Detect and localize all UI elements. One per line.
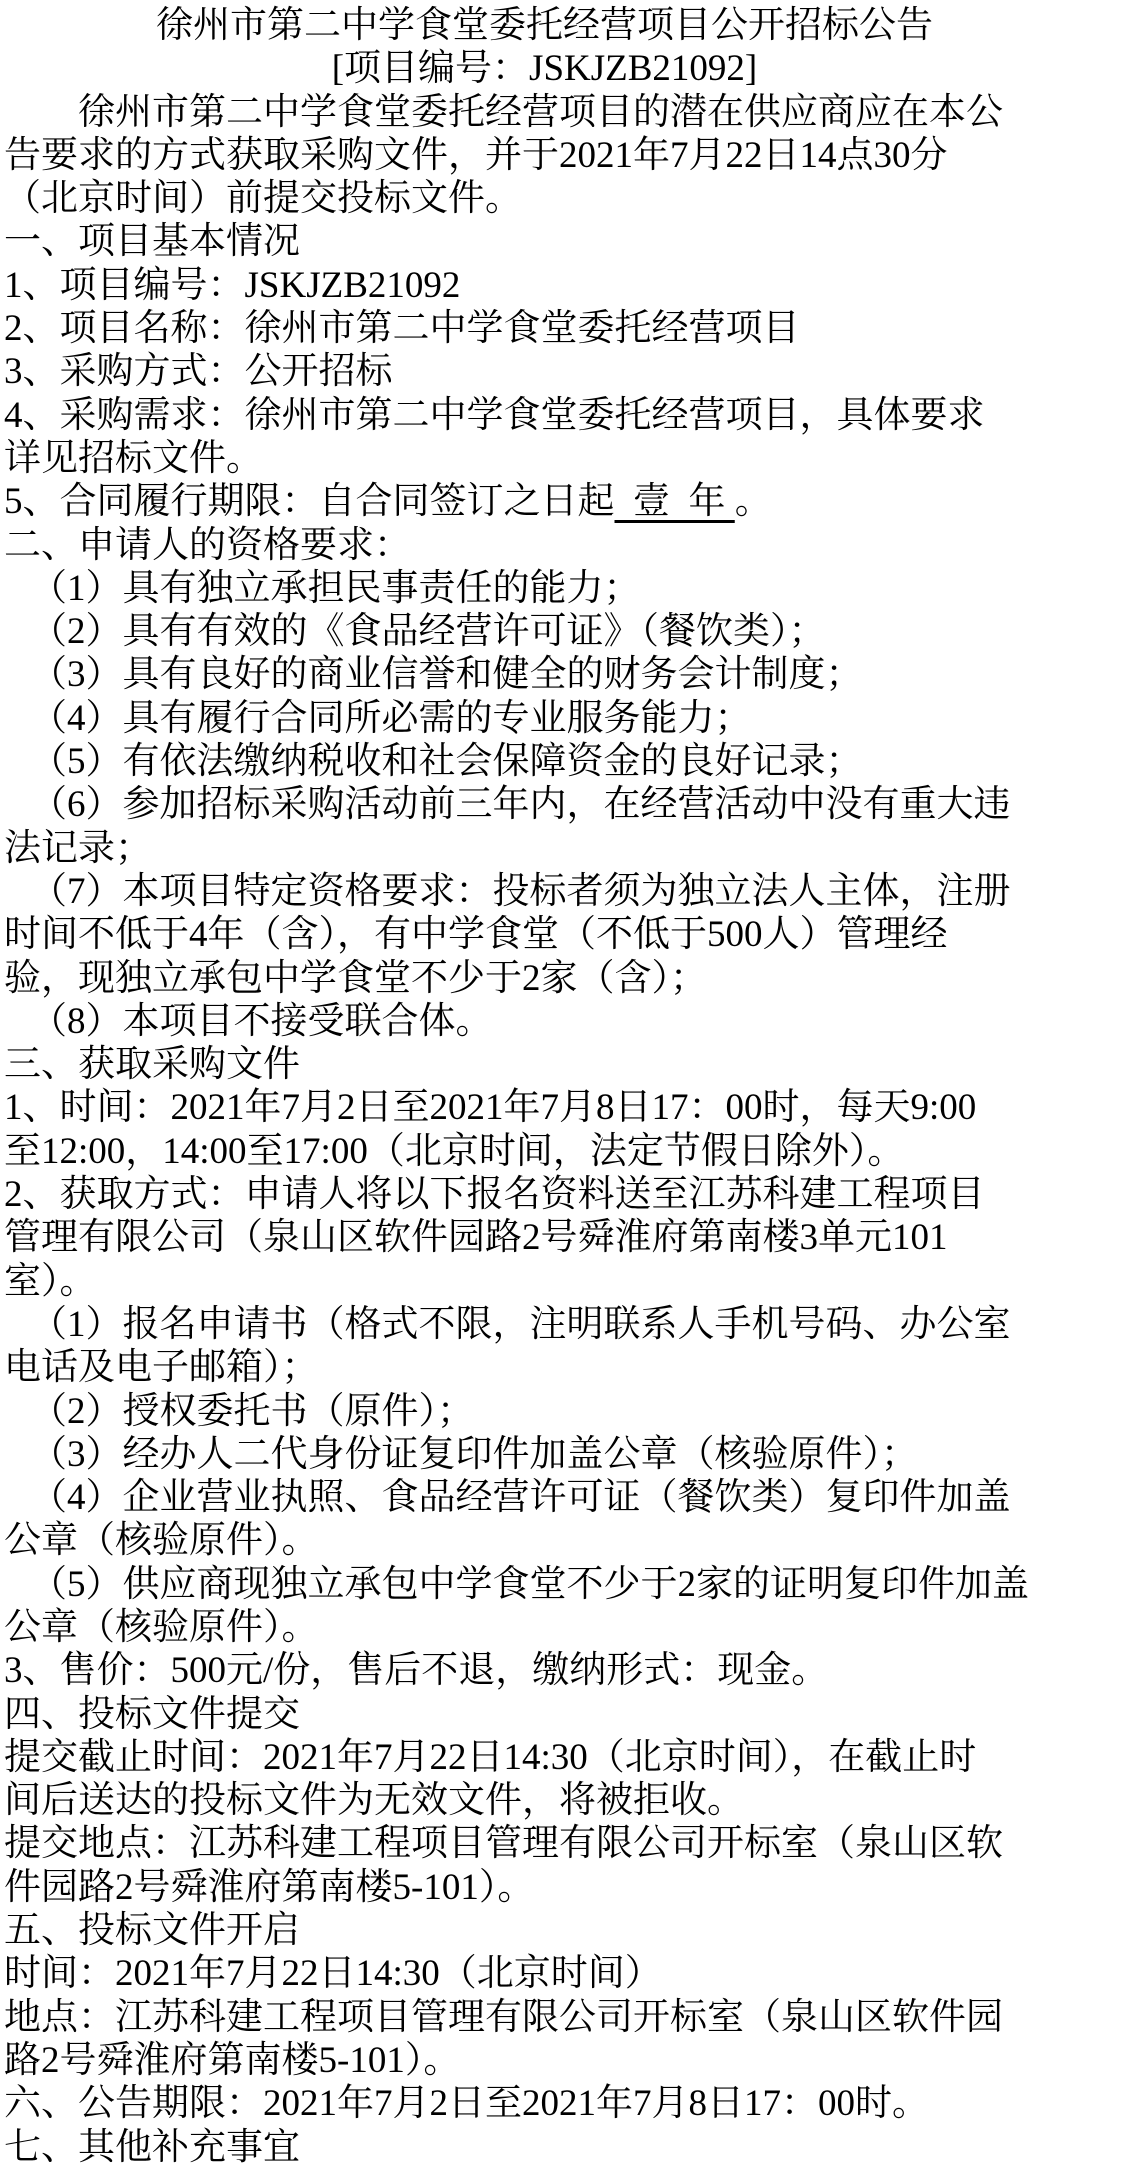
intro-line: 告要求的方式获取采购文件，并于2021年7月22日14点30分 — [4, 134, 1085, 177]
document-title: 徐州市第二中学食堂委托经营项目公开招标公告 — [4, 4, 1085, 47]
field-line: 路2号舜淮府第南楼5-101）。 — [4, 2039, 1085, 2082]
list-item-line: （1）具有独立承担民事责任的能力； — [4, 567, 1085, 610]
field-line: 2、项目名称：徐州市第二中学食堂委托经营项目 — [4, 307, 1085, 350]
intro-line: 徐州市第二中学食堂委托经营项目的潜在供应商应在本公 — [4, 91, 1085, 134]
field-line: 3、售价：500元/份，售后不退，缴纳形式：现金。 — [4, 1649, 1085, 1692]
text-segment: 。 — [735, 481, 772, 522]
field-line: 3、采购方式：公开招标 — [4, 350, 1085, 393]
field-line: 4、采购需求：徐州市第二中学食堂委托经营项目，具体要求 — [4, 394, 1085, 437]
list-item-line: 法记录； — [4, 827, 1085, 870]
field-line: 提交地点：江苏科建工程项目管理有限公司开标室（泉山区软 — [4, 1822, 1085, 1865]
list-item-line: （8）本项目不接受联合体。 — [4, 1000, 1085, 1043]
list-item-line: （3）经办人二代身份证复印件加盖公章（核验原件）； — [4, 1433, 1085, 1476]
field-line: 件园路2号舜淮府第南楼5-101）。 — [4, 1866, 1085, 1909]
field-line: 间后送达的投标文件为无效文件，将被拒收。 — [4, 1779, 1085, 1822]
field-line: 管理有限公司（泉山区软件园路2号舜淮府第南楼3单元101 — [4, 1216, 1085, 1259]
tender-announcement-document: 徐州市第二中学食堂委托经营项目公开招标公告 [项目编号：JSKJZB21092]… — [0, 0, 1125, 2175]
section-heading: 三、获取采购文件 — [4, 1043, 1085, 1086]
section-heading: 二、申请人的资格要求： — [4, 524, 1085, 567]
field-line: 地点：江苏科建工程项目管理有限公司开标室（泉山区软件园 — [4, 1996, 1085, 2039]
field-line: 5、合同履行期限：自合同签订之日起 壹 年 。 — [4, 480, 1085, 523]
field-line: 提交截止时间：2021年7月22日14:30（北京时间），在截止时 — [4, 1736, 1085, 1779]
section-heading: 六、公告期限：2021年7月2日至2021年7月8日17：00时。 — [4, 2082, 1085, 2125]
list-item-line: （4）企业营业执照、食品经营许可证（餐饮类）复印件加盖 — [4, 1476, 1085, 1519]
section-heading: 一、项目基本情况 — [4, 220, 1085, 263]
list-item-line: （6）参加招标采购活动前三年内，在经营活动中没有重大违 — [4, 783, 1085, 826]
field-line: 时间：2021年7月22日14:30（北京时间） — [4, 1952, 1085, 1995]
field-line: 1、时间：2021年7月2日至2021年7月8日17：00时，每天9:00 — [4, 1086, 1085, 1129]
field-line: 1、项目编号：JSKJZB21092 — [4, 264, 1085, 307]
list-item-line: （1）报名申请书（格式不限，注明联系人手机号码、办公室 — [4, 1303, 1085, 1346]
list-item-line: （3）具有良好的商业信誉和健全的财务会计制度； — [4, 653, 1085, 696]
text-segment: 5、合同履行期限：自合同签订之日起 — [4, 481, 615, 522]
field-line: 2、获取方式：申请人将以下报名资料送至江苏科建工程项目 — [4, 1173, 1085, 1216]
list-item-line: 电话及电子邮箱）； — [4, 1346, 1085, 1389]
list-item-line: （2）具有有效的《食品经营许可证》（餐饮类）； — [4, 610, 1085, 653]
list-item-line: 验，现独立承包中学食堂不少于2家（含）； — [4, 957, 1085, 1000]
field-line: 室）。 — [4, 1260, 1085, 1303]
list-item-line: （5）供应商现独立承包中学食堂不少于2家的证明复印件加盖 — [4, 1563, 1085, 1606]
list-item-line: 公章（核验原件）。 — [4, 1519, 1085, 1562]
list-item-line: （2）授权委托书（原件）； — [4, 1390, 1085, 1433]
list-item-line: （7）本项目特定资格要求：投标者须为独立法人主体，注册 — [4, 870, 1085, 913]
section-heading: 七、其他补充事宜 — [4, 2126, 1085, 2169]
list-item-line: 公章（核验原件）。 — [4, 1606, 1085, 1649]
project-number-line: [项目编号：JSKJZB21092] — [4, 47, 1085, 90]
list-item-line: （4）具有履行合同所必需的专业服务能力； — [4, 697, 1085, 740]
section-heading: 四、投标文件提交 — [4, 1693, 1085, 1736]
list-item-line: （5）有依法缴纳税收和社会保障资金的良好记录； — [4, 740, 1085, 783]
underlined-text: 壹 年 — [615, 481, 735, 522]
section-heading: 五、投标文件开启 — [4, 1909, 1085, 1952]
list-item-line: 时间不低于4年（含），有中学食堂（不低于500人）管理经 — [4, 913, 1085, 956]
field-line: 至12:00，14:00至17:00（北京时间，法定节假日除外）。 — [4, 1130, 1085, 1173]
intro-line: （北京时间）前提交投标文件。 — [4, 177, 1085, 220]
document-body: 徐州市第二中学食堂委托经营项目的潜在供应商应在本公告要求的方式获取采购文件，并于… — [4, 91, 1085, 2169]
field-line: 详见招标文件。 — [4, 437, 1085, 480]
